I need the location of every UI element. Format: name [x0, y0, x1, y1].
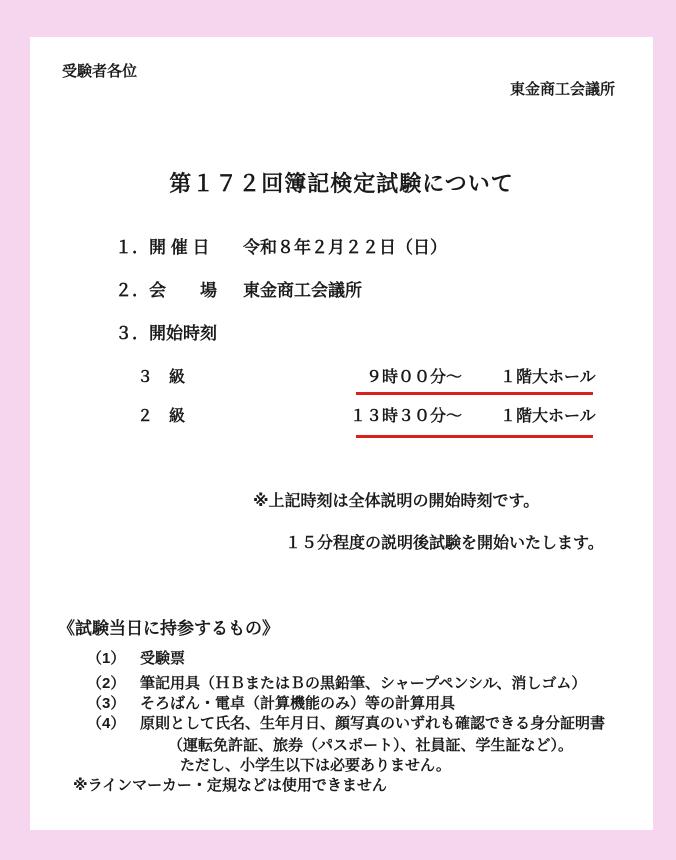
note-explanation-time: ※上記時刻は全体説明の開始時刻です。: [253, 492, 539, 511]
bring-item-4-continuation-id-examples: （運転免許証、旅券（パスポート）、社員証、学生証など）。: [168, 737, 573, 755]
grade3-venue: １階大ホール: [500, 368, 596, 387]
bring-item-2-text: 筆記用具（ＨＢまたはＢの黒鉛筆、シャープペンシル、消しゴム）: [140, 675, 586, 693]
recipient-line: 受験者各位: [62, 63, 137, 81]
grade2-start-time: １３時３０分～: [350, 407, 462, 426]
bring-item-4-text: 原則として氏名、生年月日、顔写真のいずれも確認できる身分証明書: [140, 715, 605, 733]
bring-item-2-number: （2）: [87, 675, 125, 693]
grade2-venue: １階大ホール: [500, 407, 596, 426]
schedule-row-grade3: ３ 級 ９時００分～ １階大ホール: [30, 368, 653, 390]
bring-item-1-number: （1）: [87, 650, 125, 668]
bring-item-4: （4） 原則として氏名、生年月日、顔写真のいずれも確認できる身分証明書: [30, 715, 653, 735]
info-value-date: 令和８年２月２２日（日）: [243, 238, 447, 258]
bring-section-heading: 《試験当日に持参するもの》: [58, 619, 279, 639]
info-row-date: １．開 催 日 令和８年２月２２日（日）: [30, 238, 653, 260]
bring-item-1: （1） 受験票: [30, 650, 653, 670]
grade3-label: ３ 級: [137, 368, 185, 387]
info-label-date: １．開 催 日: [115, 238, 209, 258]
organization-name: 東金商工会議所: [510, 81, 615, 99]
bring-item-2: （2） 筆記用具（ＨＢまたはＢの黒鉛筆、シャープペンシル、消しゴム）: [30, 675, 653, 695]
footnote-prohibited-items: ※ラインマーカー・定規などは使用できません: [73, 777, 387, 795]
bring-item-3: （3） そろばん・電卓（計算機能のみ）等の計算用具: [30, 695, 653, 715]
bring-item-3-number: （3）: [87, 695, 125, 713]
document-page: 受験者各位 東金商工会議所 第１７２回簿記検定試験について １．開 催 日 令和…: [30, 37, 653, 830]
note-exam-start: １５分程度の説明後試験を開始いたします。: [285, 534, 604, 553]
bring-item-1-text: 受験票: [140, 650, 185, 668]
bring-item-4-number: （4）: [87, 715, 125, 733]
info-row-start-time: ３．開始時刻: [30, 324, 653, 346]
grade2-label: ２ 級: [137, 407, 185, 426]
screenshot-root: { "colors": { "background_pink": "#f5d6e…: [0, 0, 676, 860]
schedule-row-grade2: ２ 級 １３時３０分～ １階大ホール: [30, 407, 653, 429]
bring-item-4-continuation-exemption: ただし、小学生以下は必要ありません。: [180, 757, 451, 775]
bring-item-3-text: そろばん・電卓（計算機能のみ）等の計算用具: [140, 695, 455, 713]
grade3-start-time: ９時００分～: [366, 368, 462, 387]
info-label-start-time: ３．開始時刻: [115, 324, 217, 344]
document-title: 第１７２回簿記検定試験について: [30, 171, 653, 197]
info-value-venue: 東金商工会議所: [243, 281, 362, 301]
info-label-venue: ２．会 場: [115, 281, 217, 301]
red-underline-grade2: [356, 435, 593, 438]
info-row-venue: ２．会 場 東金商工会議所: [30, 281, 653, 303]
red-underline-grade3: [356, 392, 593, 395]
